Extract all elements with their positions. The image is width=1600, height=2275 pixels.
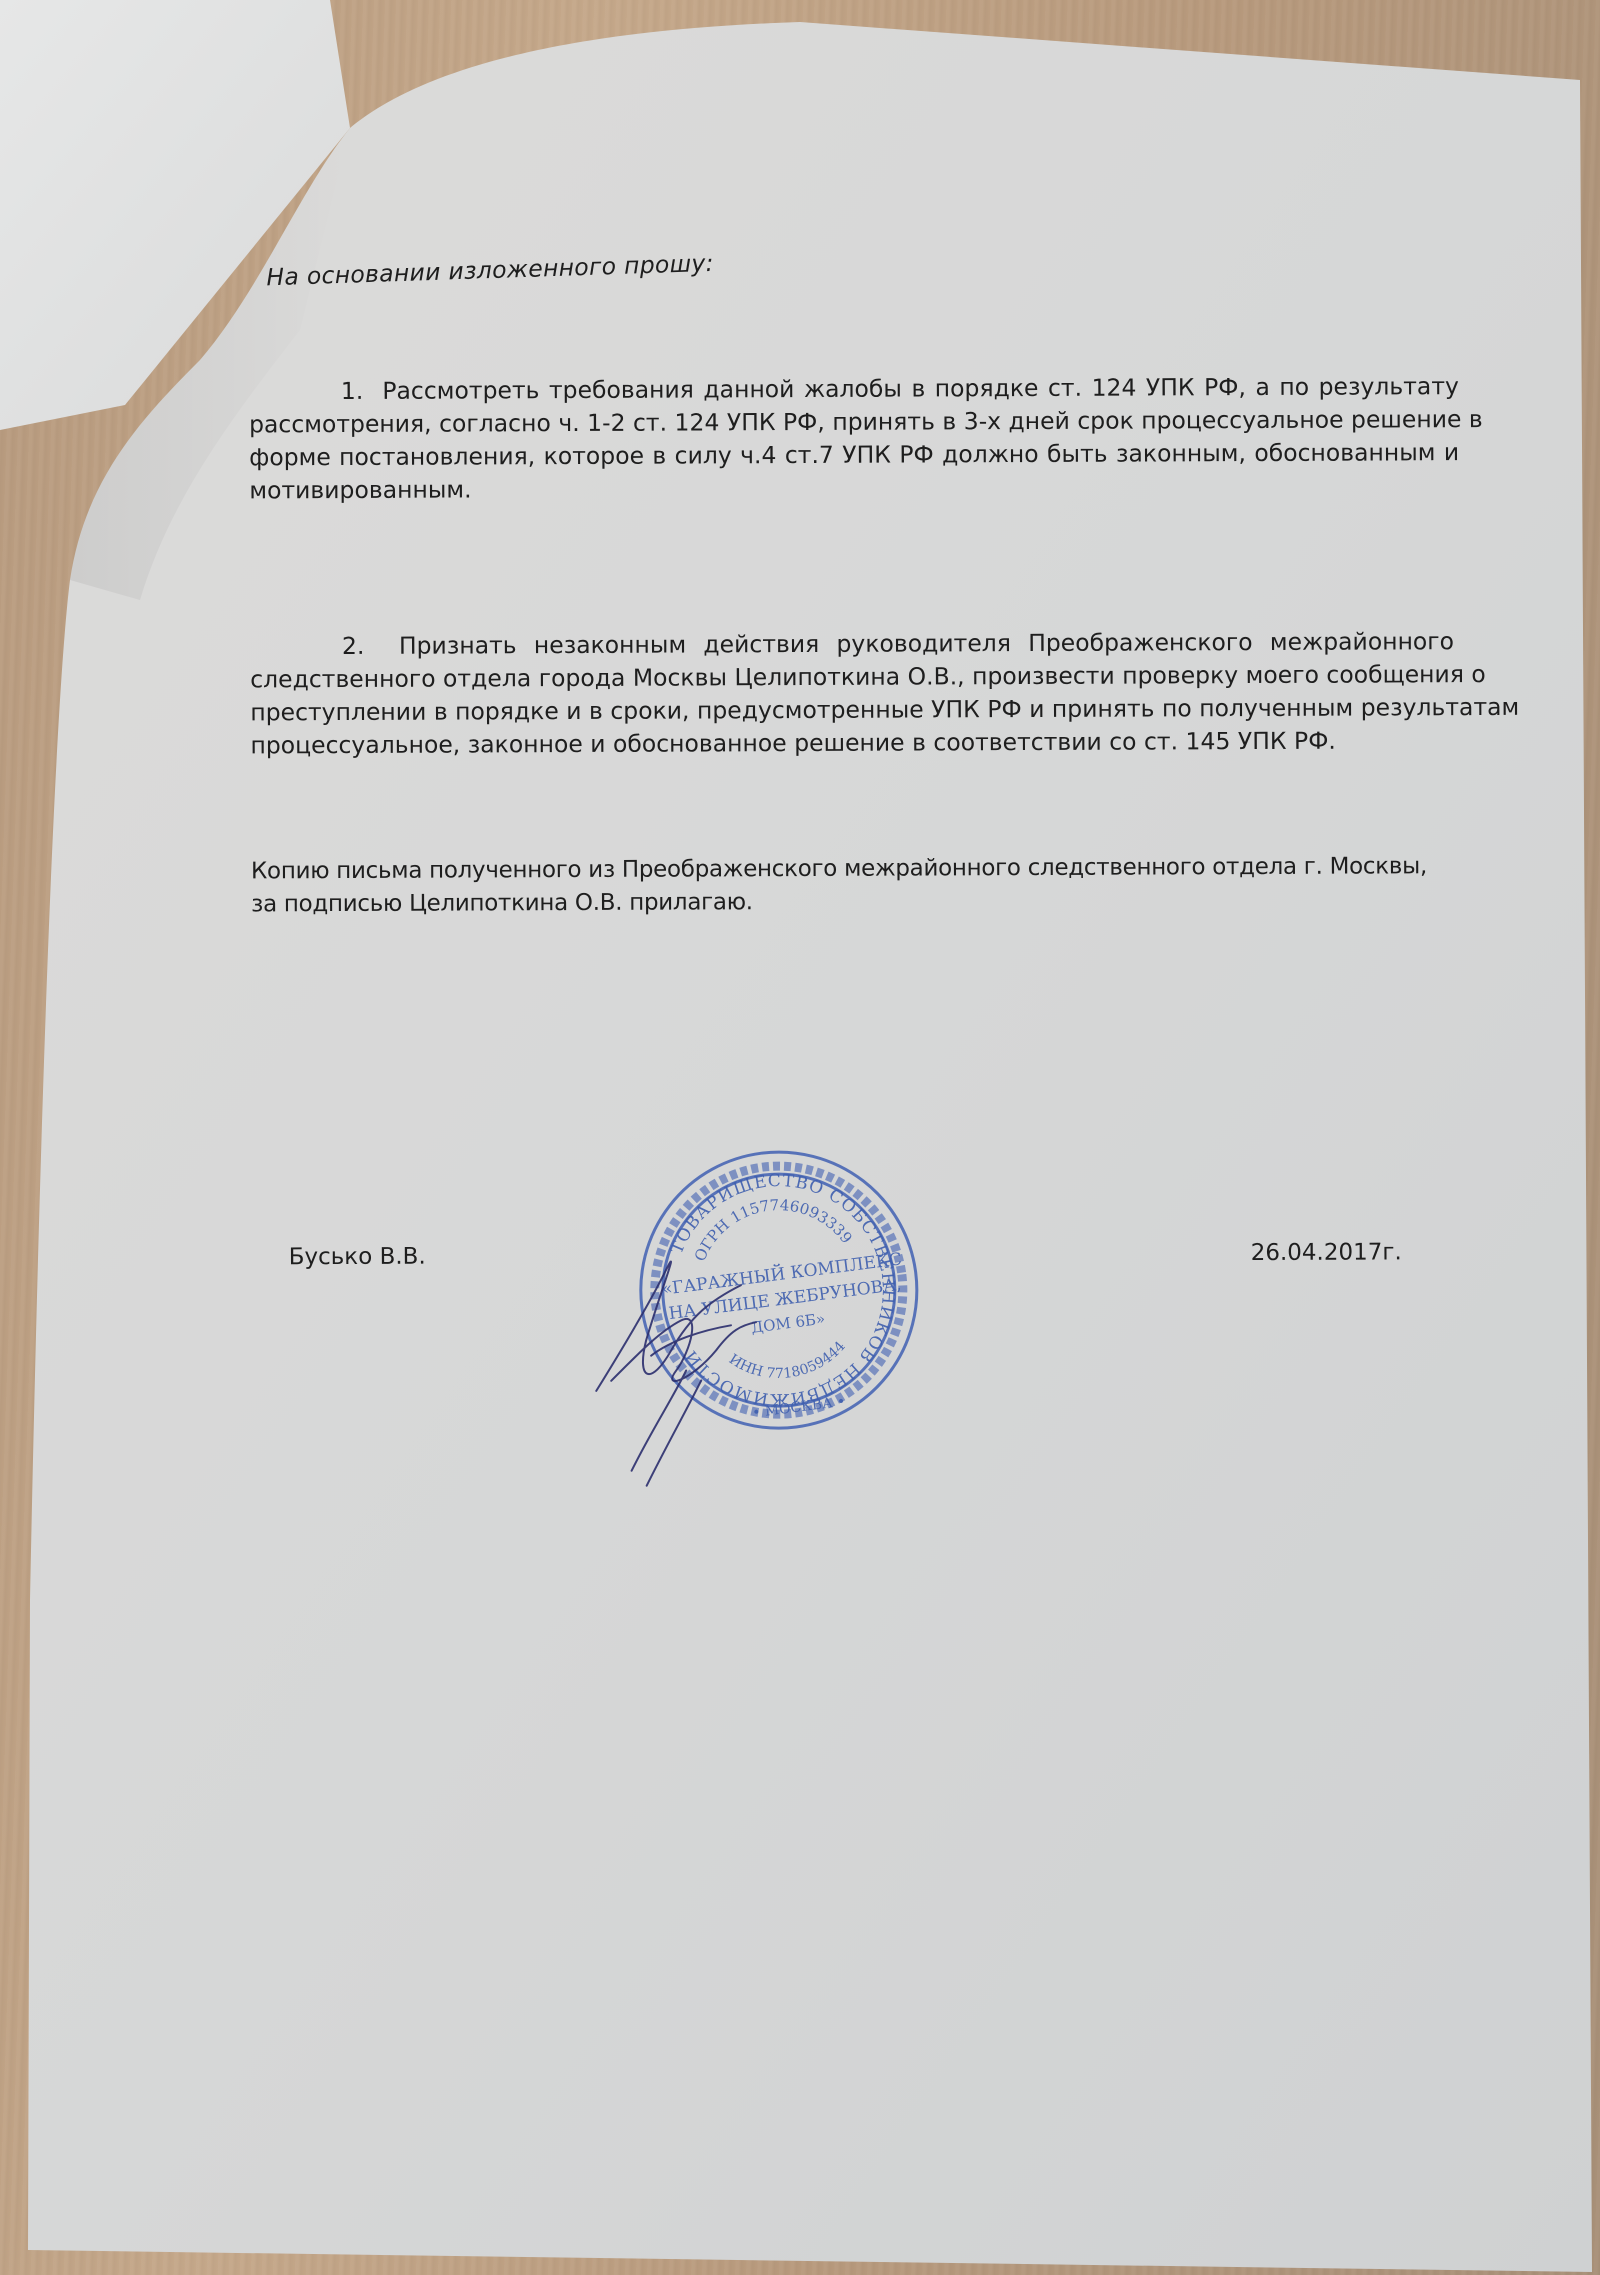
document-date: 26.04.2017г.: [1251, 1235, 1402, 1270]
item-1-line-2: рассмотрения, согласно ч. 1-2 ст. 124 УП…: [249, 403, 1459, 441]
handwritten-signature: [591, 1230, 772, 1491]
request-item-2: 2. Признать незаконным действия руководи…: [250, 625, 1455, 762]
item-1-line-1: 1. Рассмотреть требования данной жалобы …: [249, 370, 1459, 408]
item-2-line-3: преступлении в порядке и в сроки, предус…: [250, 691, 1454, 729]
item-2-line-4: процессуальное, законное и обоснованное …: [250, 724, 1454, 762]
item-2-line-1: 2. Признать незаконным действия руководи…: [250, 625, 1454, 663]
item-1-line-3: форме постановления, которое в силу ч.4 …: [249, 436, 1459, 474]
document-page: На основании изложенного прошу: 1. Рассм…: [0, 0, 1600, 2275]
request-item-1: 1. Рассмотреть требования данной жалобы …: [249, 370, 1460, 507]
attachment-line-2: за подписью Целипоткина О.В. прилагаю.: [251, 883, 1451, 921]
signer-name: Бусько В.В.: [289, 1240, 426, 1275]
attachment-note: Копию письма полученного из Преображенск…: [251, 850, 1451, 921]
item-2-line-2: следственного отдела города Москвы Целип…: [250, 658, 1454, 696]
item-1-line-4: мотивированным.: [249, 469, 1459, 507]
attachment-line-1: Копию письма полученного из Преображенск…: [251, 850, 1451, 888]
intro-line: На основании изложенного прошу:: [266, 246, 714, 294]
